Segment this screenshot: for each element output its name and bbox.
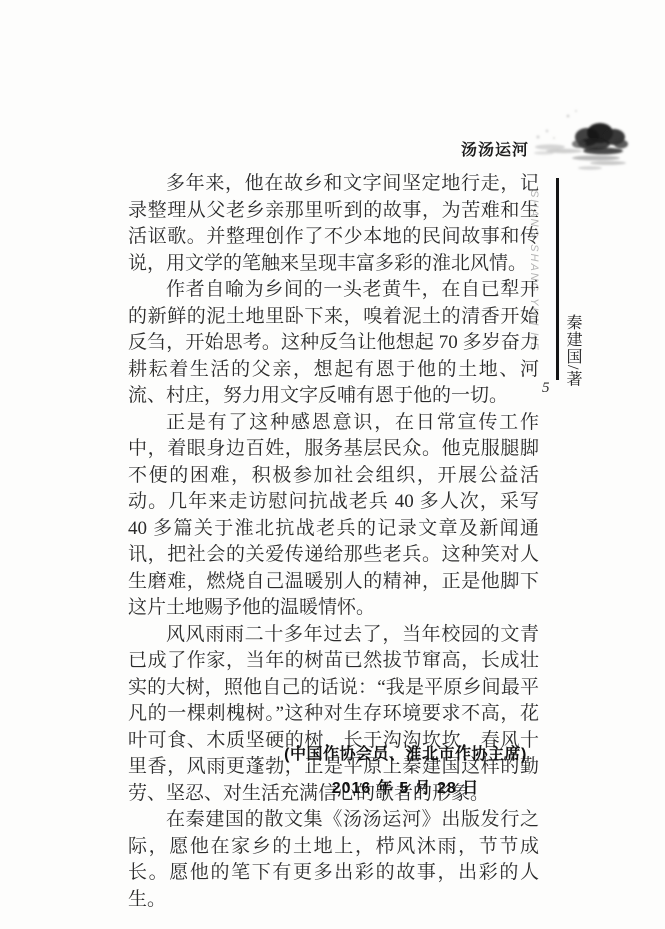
book-page: 汤汤运河	[0, 0, 665, 929]
page-number: 5	[542, 380, 550, 397]
body-paragraph: 作者自喻为乡间的一头老黄牛，在自已犁开的新鲜的泥土地里卧下来，嗅着泥土的清香开始…	[128, 277, 539, 410]
body-paragraph: 正是有了这种感恩意识，在日常宣传工作中，着眼身边百姓，服务基层民众。他克服腿脚不…	[128, 410, 539, 622]
ink-wash-landscape-decoration	[524, 104, 650, 178]
body-text: 多年来，他在故乡和文字间坚定地行走，记录整理从父老乡亲那里听到的故事，为苦难和生…	[128, 171, 539, 913]
body-paragraph: 多年来，他在故乡和文字间坚定地行走，记录整理从父老乡亲那里听到的故事，为苦难和生…	[128, 171, 539, 277]
signature-date: 2016 年 5 月 28 日	[253, 775, 558, 798]
running-head-book-title: 汤汤运河	[461, 137, 529, 160]
signature-affiliation: (中国作协会员、淮北市作协主席)	[253, 741, 558, 764]
signature-block: (中国作协会员、淮北市作协主席) 2016 年 5 月 28 日	[253, 741, 558, 798]
sidebar-vertical-rule	[556, 178, 559, 380]
body-paragraph: 在秦建国的散文集《汤汤运河》出版发行之际，愿他在家乡的土地上，栉风沐雨，节节成长…	[128, 807, 539, 913]
sidebar-author: 秦建国/著	[561, 314, 584, 387]
